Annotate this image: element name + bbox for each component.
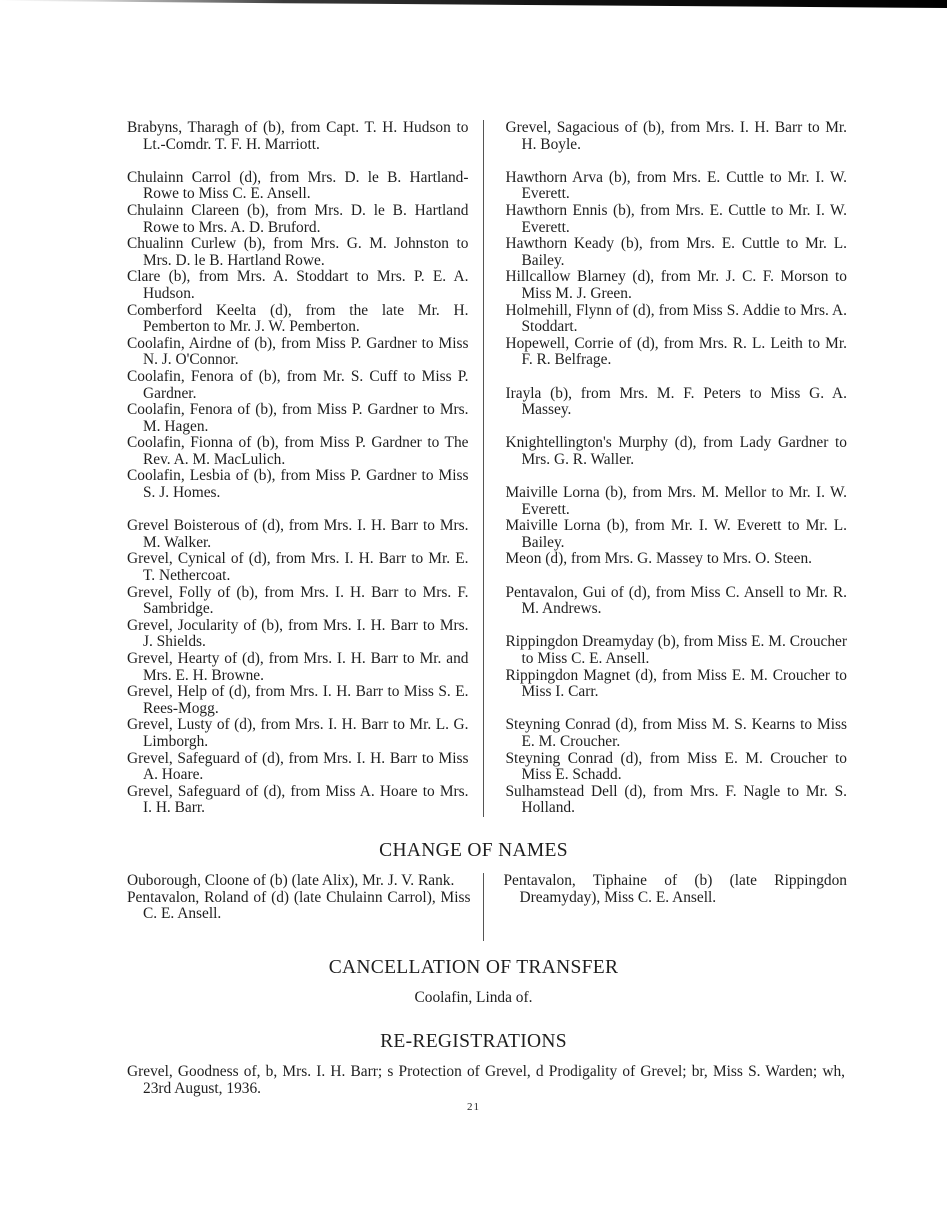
transfer-entry: Steyning Conrad (d), from Miss E. M. Cro… [506, 751, 848, 784]
transfer-entry: Meon (d), from Mrs. G. Massey to Mrs. O.… [506, 551, 848, 568]
transfer-entry: Chualinn Curlew (b), from Mrs. G. M. Joh… [127, 236, 469, 269]
cancellation-of-transfer-heading: CANCELLATION OF TRANSFER [0, 957, 947, 979]
transfer-entry: Pentavalon, Gui of (d), from Miss C. Ans… [506, 585, 848, 618]
transfer-entry: Chulainn Carrol (d), from Mrs. D. le B. … [127, 170, 469, 203]
transfer-entry: Grevel, Sagacious of (b), from Mrs. I. H… [506, 120, 848, 153]
change-of-names-columns: Ouborough, Cloone of (b) (late Alix), Mr… [127, 873, 847, 941]
page-number: 21 [0, 1101, 947, 1113]
transfer-entry: Coolafin, Fionna of (b), from Miss P. Ga… [127, 435, 469, 468]
transfer-entry: Hawthorn Keady (b), from Mrs. E. Cuttle … [506, 236, 848, 269]
transfer-entry: Comberford Keelta (d), from the late Mr.… [127, 303, 469, 336]
transfer-entry: Coolafin, Fenora of (b), from Miss P. Ga… [127, 402, 469, 435]
name-change-entry: Ouborough, Cloone of (b) (late Alix), Mr… [127, 873, 471, 890]
transfer-entry: Sulhamstead Dell (d), from Mrs. F. Nagle… [506, 784, 848, 817]
transfers-left-column: Brabyns, Tharagh of (b), from Capt. T. H… [127, 120, 483, 817]
transfer-entry: Grevel, Hearty of (d), from Mrs. I. H. B… [127, 651, 469, 684]
re-registration-entry: Grevel, Goodness of, b, Mrs. I. H. Barr;… [127, 1064, 845, 1097]
re-registrations-heading: RE-REGISTRATIONS [0, 1031, 947, 1053]
transfer-entry: Coolafin, Airdne of (b), from Miss P. Ga… [127, 336, 469, 369]
transfer-entry: Grevel, Safeguard of (d), from Mrs. I. H… [127, 751, 469, 784]
transfer-entry: Maiville Lorna (b), from Mr. I. W. Evere… [506, 518, 848, 551]
transfer-entry: Hawthorn Arva (b), from Mrs. E. Cuttle t… [506, 170, 848, 203]
transfer-entry: Grevel, Jocularity of (b), from Mrs. I. … [127, 618, 469, 651]
name-change-entry: Pentavalon, Tiphaine of (b) (late Rippin… [504, 873, 848, 906]
transfer-entry: Hawthorn Ennis (b), from Mrs. E. Cuttle … [506, 203, 848, 236]
transfer-entry: Maiville Lorna (b), from Mrs. M. Mellor … [506, 485, 848, 518]
transfer-entry: Hopewell, Corrie of (d), from Mrs. R. L.… [506, 336, 848, 369]
transfer-entry: Steyning Conrad (d), from Miss M. S. Kea… [506, 717, 848, 750]
transfer-entry: Brabyns, Tharagh of (b), from Capt. T. H… [127, 120, 469, 153]
change-of-names-heading: CHANGE OF NAMES [0, 840, 947, 862]
transfer-entry: Coolafin, Fenora of (b), from Mr. S. Cuf… [127, 369, 469, 402]
transfer-entry: Irayla (b), from Mrs. M. F. Peters to Mi… [506, 386, 848, 419]
name-change-entry: Pentavalon, Roland of (d) (late Chulainn… [127, 890, 471, 923]
transfer-entry: Grevel, Lusty of (d), from Mrs. I. H. Ba… [127, 717, 469, 750]
transfer-entry: Grevel Boisterous of (d), from Mrs. I. H… [127, 518, 469, 551]
transfer-entry: Clare (b), from Mrs. A. Stoddart to Mrs.… [127, 269, 469, 302]
transfer-entry: Holmehill, Flynn of (d), from Miss S. Ad… [506, 303, 848, 336]
transfer-entry: Rippingdon Dreamyday (b), from Miss E. M… [506, 634, 848, 667]
change-of-names-right: Pentavalon, Tiphaine of (b) (late Rippin… [483, 873, 848, 941]
re-registrations-body: Grevel, Goodness of, b, Mrs. I. H. Barr;… [127, 1064, 845, 1097]
transfer-entry: Grevel, Cynical of (d), from Mrs. I. H. … [127, 551, 469, 584]
change-of-names-left: Ouborough, Cloone of (b) (late Alix), Mr… [127, 873, 483, 941]
scan-edge-shadow [0, 0, 947, 8]
transfer-entry: Chulainn Clareen (b), from Mrs. D. le B.… [127, 203, 469, 236]
transfer-entry: Grevel, Folly of (b), from Mrs. I. H. Ba… [127, 585, 469, 618]
transfer-entry: Coolafin, Lesbia of (b), from Miss P. Ga… [127, 468, 469, 501]
transfer-entry: Knightellington's Murphy (d), from Lady … [506, 435, 848, 468]
transfer-entry: Hillcallow Blarney (d), from Mr. J. C. F… [506, 269, 848, 302]
cancellation-entry: Coolafin, Linda of. [0, 989, 947, 1007]
transfer-entry: Rippingdon Magnet (d), from Miss E. M. C… [506, 668, 848, 701]
transfer-entry: Grevel, Help of (d), from Mrs. I. H. Bar… [127, 684, 469, 717]
transfers-right-column: Grevel, Sagacious of (b), from Mrs. I. H… [483, 120, 848, 817]
transfers-columns: Brabyns, Tharagh of (b), from Capt. T. H… [127, 120, 847, 817]
transfer-entry: Grevel, Safeguard of (d), from Miss A. H… [127, 784, 469, 817]
